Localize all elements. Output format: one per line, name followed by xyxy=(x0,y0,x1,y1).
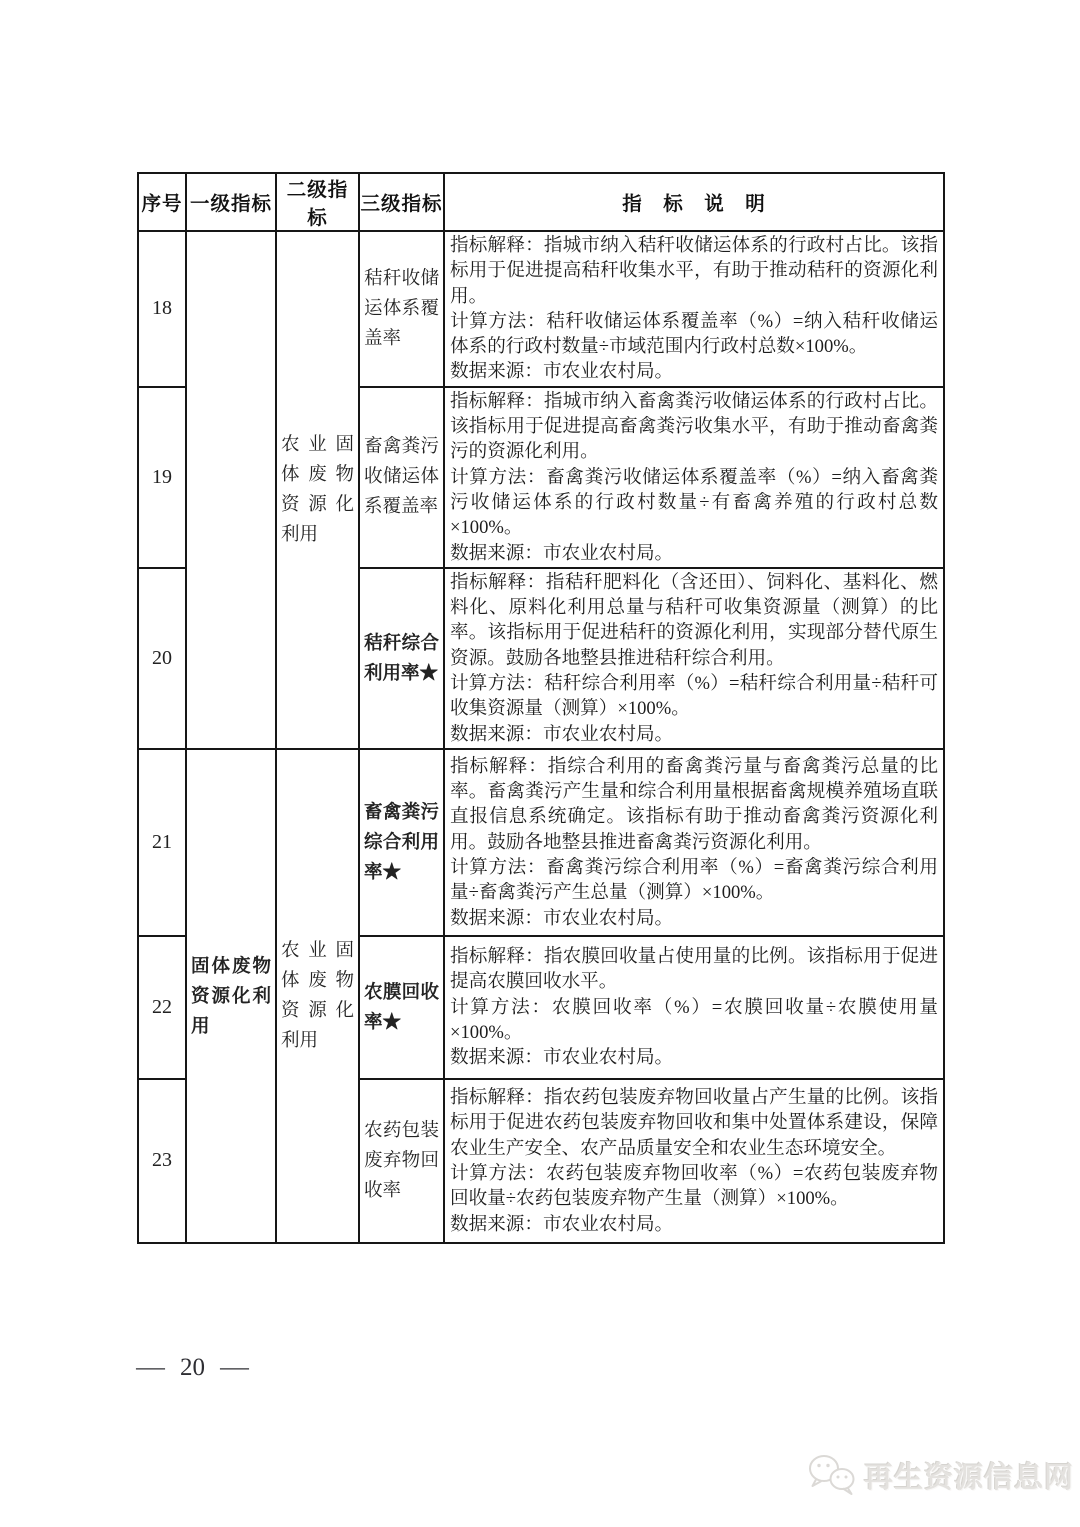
desc-paragraph: 指标解释：指城市纳入秸秆收储运体系的行政村占比。该指标用于促进提高秸秆收集水平，… xyxy=(450,233,938,309)
table-row: 21 固体废物资源化利用 农业固体废物资源化利用 畜禽粪污综合利用率★ 指标解释… xyxy=(138,749,944,936)
level2-indicator-cell-top: 农业固体废物资源化利用 xyxy=(276,231,359,749)
page-number-value: 20 xyxy=(180,1354,205,1382)
level3-indicator-cell: 农药包装废弃物回收率 xyxy=(359,1079,444,1243)
desc-paragraph: 计算方法：农药包装废弃物回收率（%）=农药包装废弃物回收量÷农药包装废弃物产生量… xyxy=(450,1161,938,1212)
level2-indicator-label: 农业固体废物资源化利用 xyxy=(281,430,354,550)
level3-indicator-cell: 秸秆综合利用率★ xyxy=(359,568,444,749)
row-number-cell: 23 xyxy=(138,1079,186,1243)
desc-paragraph: 指标解释：指秸秆肥料化（含还田）、饲料化、基料化、燃料化、原料化利用总量与秸秆可… xyxy=(450,570,938,671)
row-number-cell: 22 xyxy=(138,936,186,1079)
level2-indicator-cell-bottom: 农业固体废物资源化利用 xyxy=(276,749,359,1243)
level3-indicator-label: 秸秆收储运体系覆盖率 xyxy=(364,264,439,354)
col-header-level2: 二级指标 xyxy=(276,173,359,231)
level1-indicator-label: 固体废物资源化利用 xyxy=(191,951,271,1041)
row-number-cell: 19 xyxy=(138,387,186,568)
desc-paragraph: 指标解释：指农膜回收量占使用量的比例。该指标用于促进提高农膜回收水平。 xyxy=(450,944,938,995)
site-watermark: 再生资源信息网 xyxy=(806,1452,1074,1498)
level3-indicator-label: 农膜回收率★ xyxy=(364,977,439,1037)
col-header-description: 指 标 说 明 xyxy=(444,173,944,231)
desc-paragraph: 计算方法：秸秆综合利用率（%）=秸秆综合利用量÷秸秆可收集资源量（测算）×100… xyxy=(450,671,938,722)
indicator-description-cell: 指标解释：指农膜回收量占使用量的比例。该指标用于促进提高农膜回收水平。 计算方法… xyxy=(444,936,944,1079)
level3-indicator-label: 畜禽粪污综合利用率★ xyxy=(364,797,439,887)
col-header-level1: 一级指标 xyxy=(186,173,276,231)
row-number-cell: 20 xyxy=(138,568,186,749)
level3-indicator-cell: 农膜回收率★ xyxy=(359,936,444,1079)
table-header-row: 序号 一级指标 二级指标 三级指标 指 标 说 明 xyxy=(138,173,944,231)
indicator-table: 序号 一级指标 二级指标 三级指标 指 标 说 明 18 农业固体废物资源化利用… xyxy=(137,172,945,1244)
col-header-seq: 序号 xyxy=(138,173,186,231)
desc-paragraph: 计算方法：畜禽粪污综合利用率（%）=畜禽粪污综合利用量÷畜禽粪污产生总量（测算）… xyxy=(450,855,938,906)
level3-indicator-cell: 畜禽粪污收储运体系覆盖率 xyxy=(359,387,444,568)
indicator-description-cell: 指标解释：指农药包装废弃物回收量占产生量的比例。该指标用于促进农药包装废弃物回收… xyxy=(444,1079,944,1243)
level3-indicator-label: 秸秆综合利用率★ xyxy=(364,628,439,688)
desc-paragraph: 数据来源：市农业农村局。 xyxy=(450,1045,938,1070)
desc-paragraph: 指标解释：指城市纳入畜禽粪污收储运体系的行政村占比。该指标用于促进提高畜禽粪污收… xyxy=(450,389,938,465)
desc-paragraph: 数据来源：市农业农村局。 xyxy=(450,906,938,931)
document-page: 序号 一级指标 二级指标 三级指标 指 标 说 明 18 农业固体废物资源化利用… xyxy=(0,0,1080,1527)
level1-indicator-cell-empty xyxy=(186,231,276,749)
desc-paragraph: 计算方法：农膜回收率（%）=农膜回收量÷农膜使用量×100%。 xyxy=(450,995,938,1046)
row-number-cell: 21 xyxy=(138,749,186,936)
desc-paragraph: 计算方法：畜禽粪污收储运体系覆盖率（%）=纳入畜禽粪污收储运体系的行政村数量÷有… xyxy=(450,465,938,541)
indicator-description-cell: 指标解释：指城市纳入畜禽粪污收储运体系的行政村占比。该指标用于促进提高畜禽粪污收… xyxy=(444,387,944,568)
page-number: — 20 — xyxy=(138,1354,247,1382)
desc-paragraph: 指标解释：指农药包装废弃物回收量占产生量的比例。该指标用于促进农药包装废弃物回收… xyxy=(450,1085,938,1161)
row-number-cell: 18 xyxy=(138,231,186,387)
indicator-description-cell: 指标解释：指综合利用的畜禽粪污量与畜禽粪污总量的比率。畜禽粪污产生量和综合利用量… xyxy=(444,749,944,936)
table-row: 18 农业固体废物资源化利用 秸秆收储运体系覆盖率 指标解释：指城市纳入秸秆收储… xyxy=(138,231,944,387)
page-number-dash-left: — xyxy=(136,1354,165,1382)
level3-indicator-label: 农药包装废弃物回收率 xyxy=(364,1116,439,1206)
level2-indicator-label: 农业固体废物资源化利用 xyxy=(281,936,354,1056)
watermark-text: 再生资源信息网 xyxy=(864,1455,1074,1496)
desc-paragraph: 数据来源：市农业农村局。 xyxy=(450,722,938,747)
indicator-description-cell: 指标解释：指城市纳入秸秆收储运体系的行政村占比。该指标用于促进提高秸秆收集水平，… xyxy=(444,231,944,387)
desc-paragraph: 计算方法：秸秆收储运体系覆盖率（%）=纳入秸秆收储运体系的行政村数量÷市域范围内… xyxy=(450,309,938,360)
wechat-chat-bubbles-icon xyxy=(806,1452,858,1498)
indicator-description-cell: 指标解释：指秸秆肥料化（含还田）、饲料化、基料化、燃料化、原料化利用总量与秸秆可… xyxy=(444,568,944,749)
level1-indicator-cell: 固体废物资源化利用 xyxy=(186,749,276,1243)
desc-paragraph: 数据来源：市农业农村局。 xyxy=(450,359,938,384)
desc-paragraph: 数据来源：市农业农村局。 xyxy=(450,541,938,566)
level3-indicator-label: 畜禽粪污收储运体系覆盖率 xyxy=(364,432,439,522)
level3-indicator-cell: 畜禽粪污综合利用率★ xyxy=(359,749,444,936)
page-number-dash-right: — xyxy=(220,1354,249,1382)
desc-paragraph: 指标解释：指综合利用的畜禽粪污量与畜禽粪污总量的比率。畜禽粪污产生量和综合利用量… xyxy=(450,754,938,855)
col-header-level3: 三级指标 xyxy=(359,173,444,231)
desc-paragraph: 数据来源：市农业农村局。 xyxy=(450,1212,938,1237)
level3-indicator-cell: 秸秆收储运体系覆盖率 xyxy=(359,231,444,387)
